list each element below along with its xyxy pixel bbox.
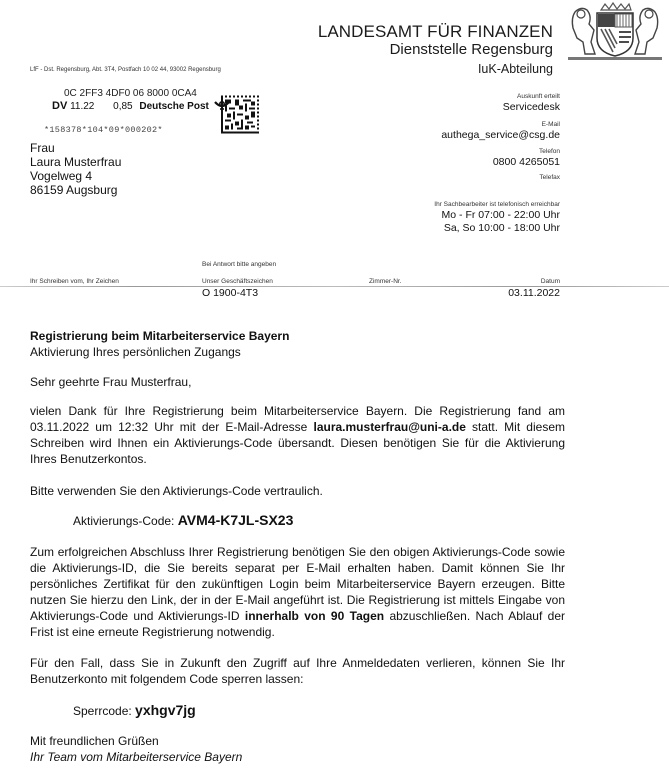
hours-weekday: Mo - Fr 07:00 - 22:00 Uhr [442, 209, 560, 221]
lock-code-label: Sperrcode: [73, 704, 135, 718]
your-letter-label: Ihr Schreiben vom, Ihr Zeichen [30, 278, 119, 285]
postage-carrier: Deutsche Post [139, 101, 208, 112]
postage-stamp: DV 11.22 0,85 Deutsche Post [52, 100, 230, 112]
date-value: 03.11.2022 [508, 287, 560, 299]
paragraph-confidential: Bitte verwenden Sie den Aktivierungs-Cod… [30, 483, 565, 499]
room-label: Zimmer-Nr. [369, 278, 402, 285]
info-value: Servicedesk [503, 101, 560, 113]
reference-divider [0, 286, 669, 287]
letter-subtitle: Aktivierung Ihres persönlichen Zugangs [30, 344, 565, 360]
email-value[interactable]: authega_service@csg.de [441, 129, 560, 141]
registered-email: laura.musterfrau@uni-a.de [314, 420, 466, 434]
recipient-city: 86159 Augsburg [30, 183, 121, 197]
paragraph-lock: Für den Fall, dass Sie in Zukunft den Zu… [30, 655, 565, 687]
postage-dv-label: DV [52, 100, 67, 112]
activation-code-label: Aktivierungs-Code: [73, 514, 178, 528]
department-name: IuK-Abteilung [478, 62, 553, 76]
fax-label: Telefax [539, 174, 560, 181]
hours-label: Ihr Sachbearbeiter ist telefonisch errei… [434, 201, 560, 208]
recipient-address: Frau Laura Musterfrau Vogelweg 4 86159 A… [30, 141, 121, 197]
paragraph-registration: vielen Dank für Ihre Registrierung beim … [30, 403, 565, 467]
reply-hint: Bei Antwort bitte angeben [202, 261, 276, 268]
recipient-salutation: Frau [30, 141, 121, 155]
letter-subject: Registrierung beim Mitarbeiterservice Ba… [30, 328, 565, 344]
our-reference-label: Unser Geschäftszeichen [202, 278, 273, 285]
activation-code: AVM4-K7JL-SX23 [178, 512, 294, 528]
coat-of-arms-icon [567, 2, 663, 62]
date-label: Datum [541, 278, 560, 285]
hours-weekend: Sa, So 10:00 - 18:00 Uhr [444, 222, 560, 234]
datamatrix-code-icon [221, 95, 259, 134]
lock-code: yxhgv7jg [135, 702, 196, 718]
email-label: E-Mail [542, 121, 560, 128]
activation-code-line: Aktivierungs-Code: AVM4-K7JL-SX23 [73, 512, 293, 528]
our-reference-value: O 1900-4T3 [202, 287, 258, 299]
closing: Mit freundlichen Grüßen [30, 733, 565, 749]
recipient-name: Laura Musterfrau [30, 155, 121, 169]
postage-dv-date: 11.22 [70, 101, 94, 112]
signature: Ihr Team vom Mitarbeiterservice Bayern [30, 749, 565, 765]
deadline: innerhalb von 90 Tagen [245, 609, 384, 623]
tracking-number: *158378*104*09*000202* [44, 125, 163, 135]
postage-code: 0C 2FF3 4DF0 06 8000 0CA4 [64, 88, 197, 99]
sender-return-address: LfF - Dst. Regensburg, Abt. 3T4, Postfac… [30, 67, 221, 73]
postage-price: 0,85 [113, 101, 132, 112]
info-label: Auskunft erteilt [517, 93, 560, 100]
letter-greeting: Sehr geehrte Frau Musterfrau, [30, 374, 565, 390]
phone-value: 0800 4265051 [493, 156, 560, 168]
authority-name: LANDESAMT FÜR FINANZEN [318, 22, 553, 42]
office-name: Dienststelle Regensburg [390, 41, 553, 58]
recipient-street: Vogelweg 4 [30, 169, 121, 183]
lock-code-line: Sperrcode: yxhgv7jg [73, 702, 196, 718]
phone-label: Telefon [539, 148, 560, 155]
paragraph-instructions: Zum erfolgreichen Abschluss Ihrer Regist… [30, 544, 565, 640]
